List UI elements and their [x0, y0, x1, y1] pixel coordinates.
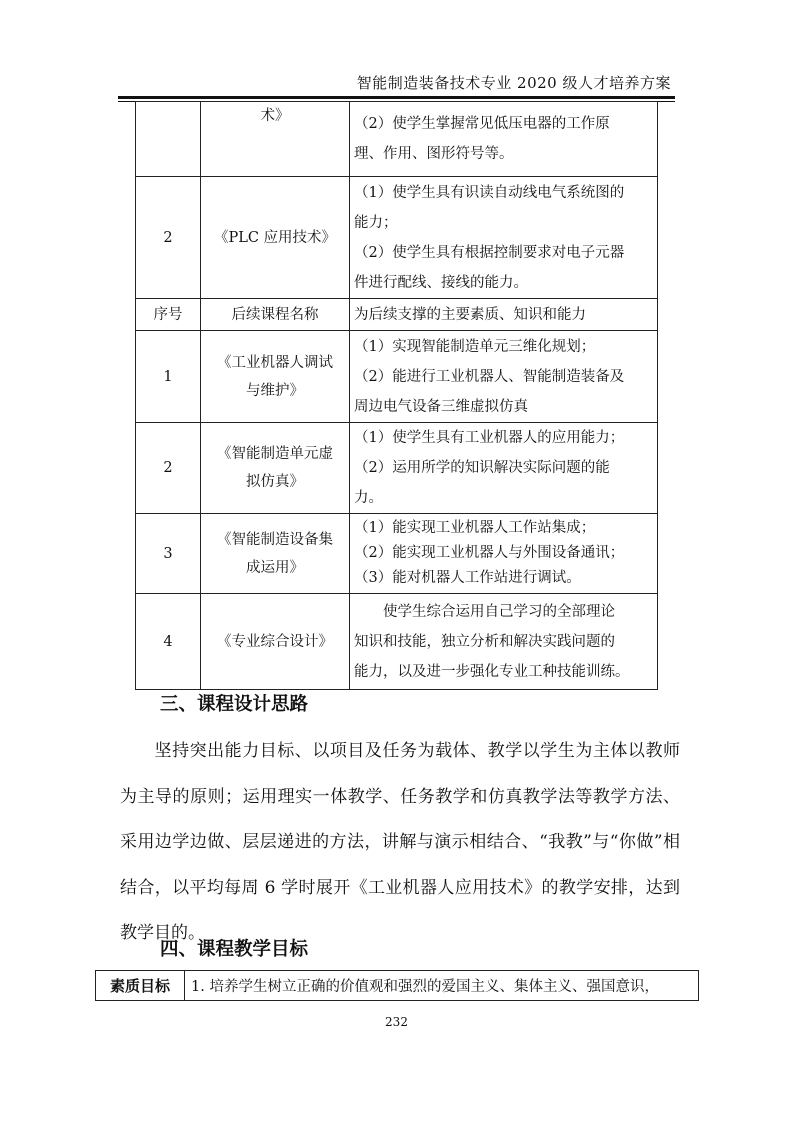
course-description: （1）实现智能制造单元三维化规划； （2）能进行工业机器人、智能制造装备及 周边… — [350, 331, 658, 423]
header-number: 序号 — [136, 299, 201, 331]
header-rule — [118, 96, 675, 99]
course-description: 使学生综合运用自己学习的全部理论 知识和技能，独立分析和解决实践问题的 能力，以… — [350, 594, 658, 690]
header-course-name: 后续课程名称 — [201, 299, 350, 331]
goal-label: 素质目标 — [96, 971, 185, 1001]
course-name: 《PLC 应用技术》 — [201, 177, 350, 299]
course-name: 《工业机器人调试 与维护》 — [201, 331, 350, 423]
table-header-row: 序号 后续课程名称 为后续支撑的主要素质、知识和能力 — [136, 299, 658, 331]
table-row: 2 《智能制造单元虚 拟仿真》 （1）使学生具有工业机器人的应用能力； （2）运… — [136, 423, 658, 514]
row-number: 2 — [136, 423, 201, 514]
page-number: 232 — [0, 1015, 793, 1029]
course-description: （2）使学生掌握常见低压电器的工作原 理、作用、图形符号等。 — [350, 102, 658, 177]
course-description: （1）使学生具有工业机器人的应用能力； （2）运用所学的知识解决实际问题的能 力… — [350, 423, 658, 514]
header-description: 为后续支撑的主要素质、知识和能力 — [350, 299, 658, 331]
document-header-title: 智能制造装备技术专业 2020 级人才培养方案 — [357, 72, 671, 93]
course-name: 术》 — [201, 102, 350, 177]
section-heading-design-idea: 三、课程设计思路 — [160, 690, 308, 716]
course-name: 《智能制造单元虚 拟仿真》 — [201, 423, 350, 514]
course-relation-table: 术》 （2）使学生掌握常见低压电器的工作原 理、作用、图形符号等。 2 《PLC… — [135, 101, 658, 690]
table-row: 素质目标 1. 培养学生树立正确的价值观和强烈的爱国主义、集体主义、强国意识， — [96, 971, 699, 1001]
course-description: （1）能实现工业机器人工作站集成； （2）能实现工业机器人与外围设备通讯； （3… — [350, 514, 658, 594]
row-number: 1 — [136, 331, 201, 423]
row-number: 2 — [136, 177, 201, 299]
row-number — [136, 102, 201, 177]
table-row: 4 《专业综合设计》 使学生综合运用自己学习的全部理论 知识和技能，独立分析和解… — [136, 594, 658, 690]
goal-text: 1. 培养学生树立正确的价值观和强烈的爱国主义、集体主义、强国意识， — [185, 971, 699, 1001]
table-row: 2 《PLC 应用技术》 （1）使学生具有识读自动线电气系统图的 能力； （2）… — [136, 177, 658, 299]
table-row: 1 《工业机器人调试 与维护》 （1）实现智能制造单元三维化规划； （2）能进行… — [136, 331, 658, 423]
course-description: （1）使学生具有识读自动线电气系统图的 能力； （2）使学生具有根据控制要求对电… — [350, 177, 658, 299]
table-row: 3 《智能制造设备集 成运用》 （1）能实现工业机器人工作站集成； （2）能实现… — [136, 514, 658, 594]
row-number: 3 — [136, 514, 201, 594]
table-row: 术》 （2）使学生掌握常见低压电器的工作原 理、作用、图形符号等。 — [136, 102, 658, 177]
row-number: 4 — [136, 594, 201, 690]
course-name: 《智能制造设备集 成运用》 — [201, 514, 350, 594]
course-name: 《专业综合设计》 — [201, 594, 350, 690]
section-heading-teaching-goals: 四、课程教学目标 — [160, 935, 308, 961]
teaching-goals-table: 素质目标 1. 培养学生树立正确的价值观和强烈的爱国主义、集体主义、强国意识， — [95, 970, 699, 1001]
section-paragraph: 坚持突出能力目标、以项目及任务为载体、教学以学生为主体以教师为主导的原则；运用理… — [120, 729, 680, 957]
